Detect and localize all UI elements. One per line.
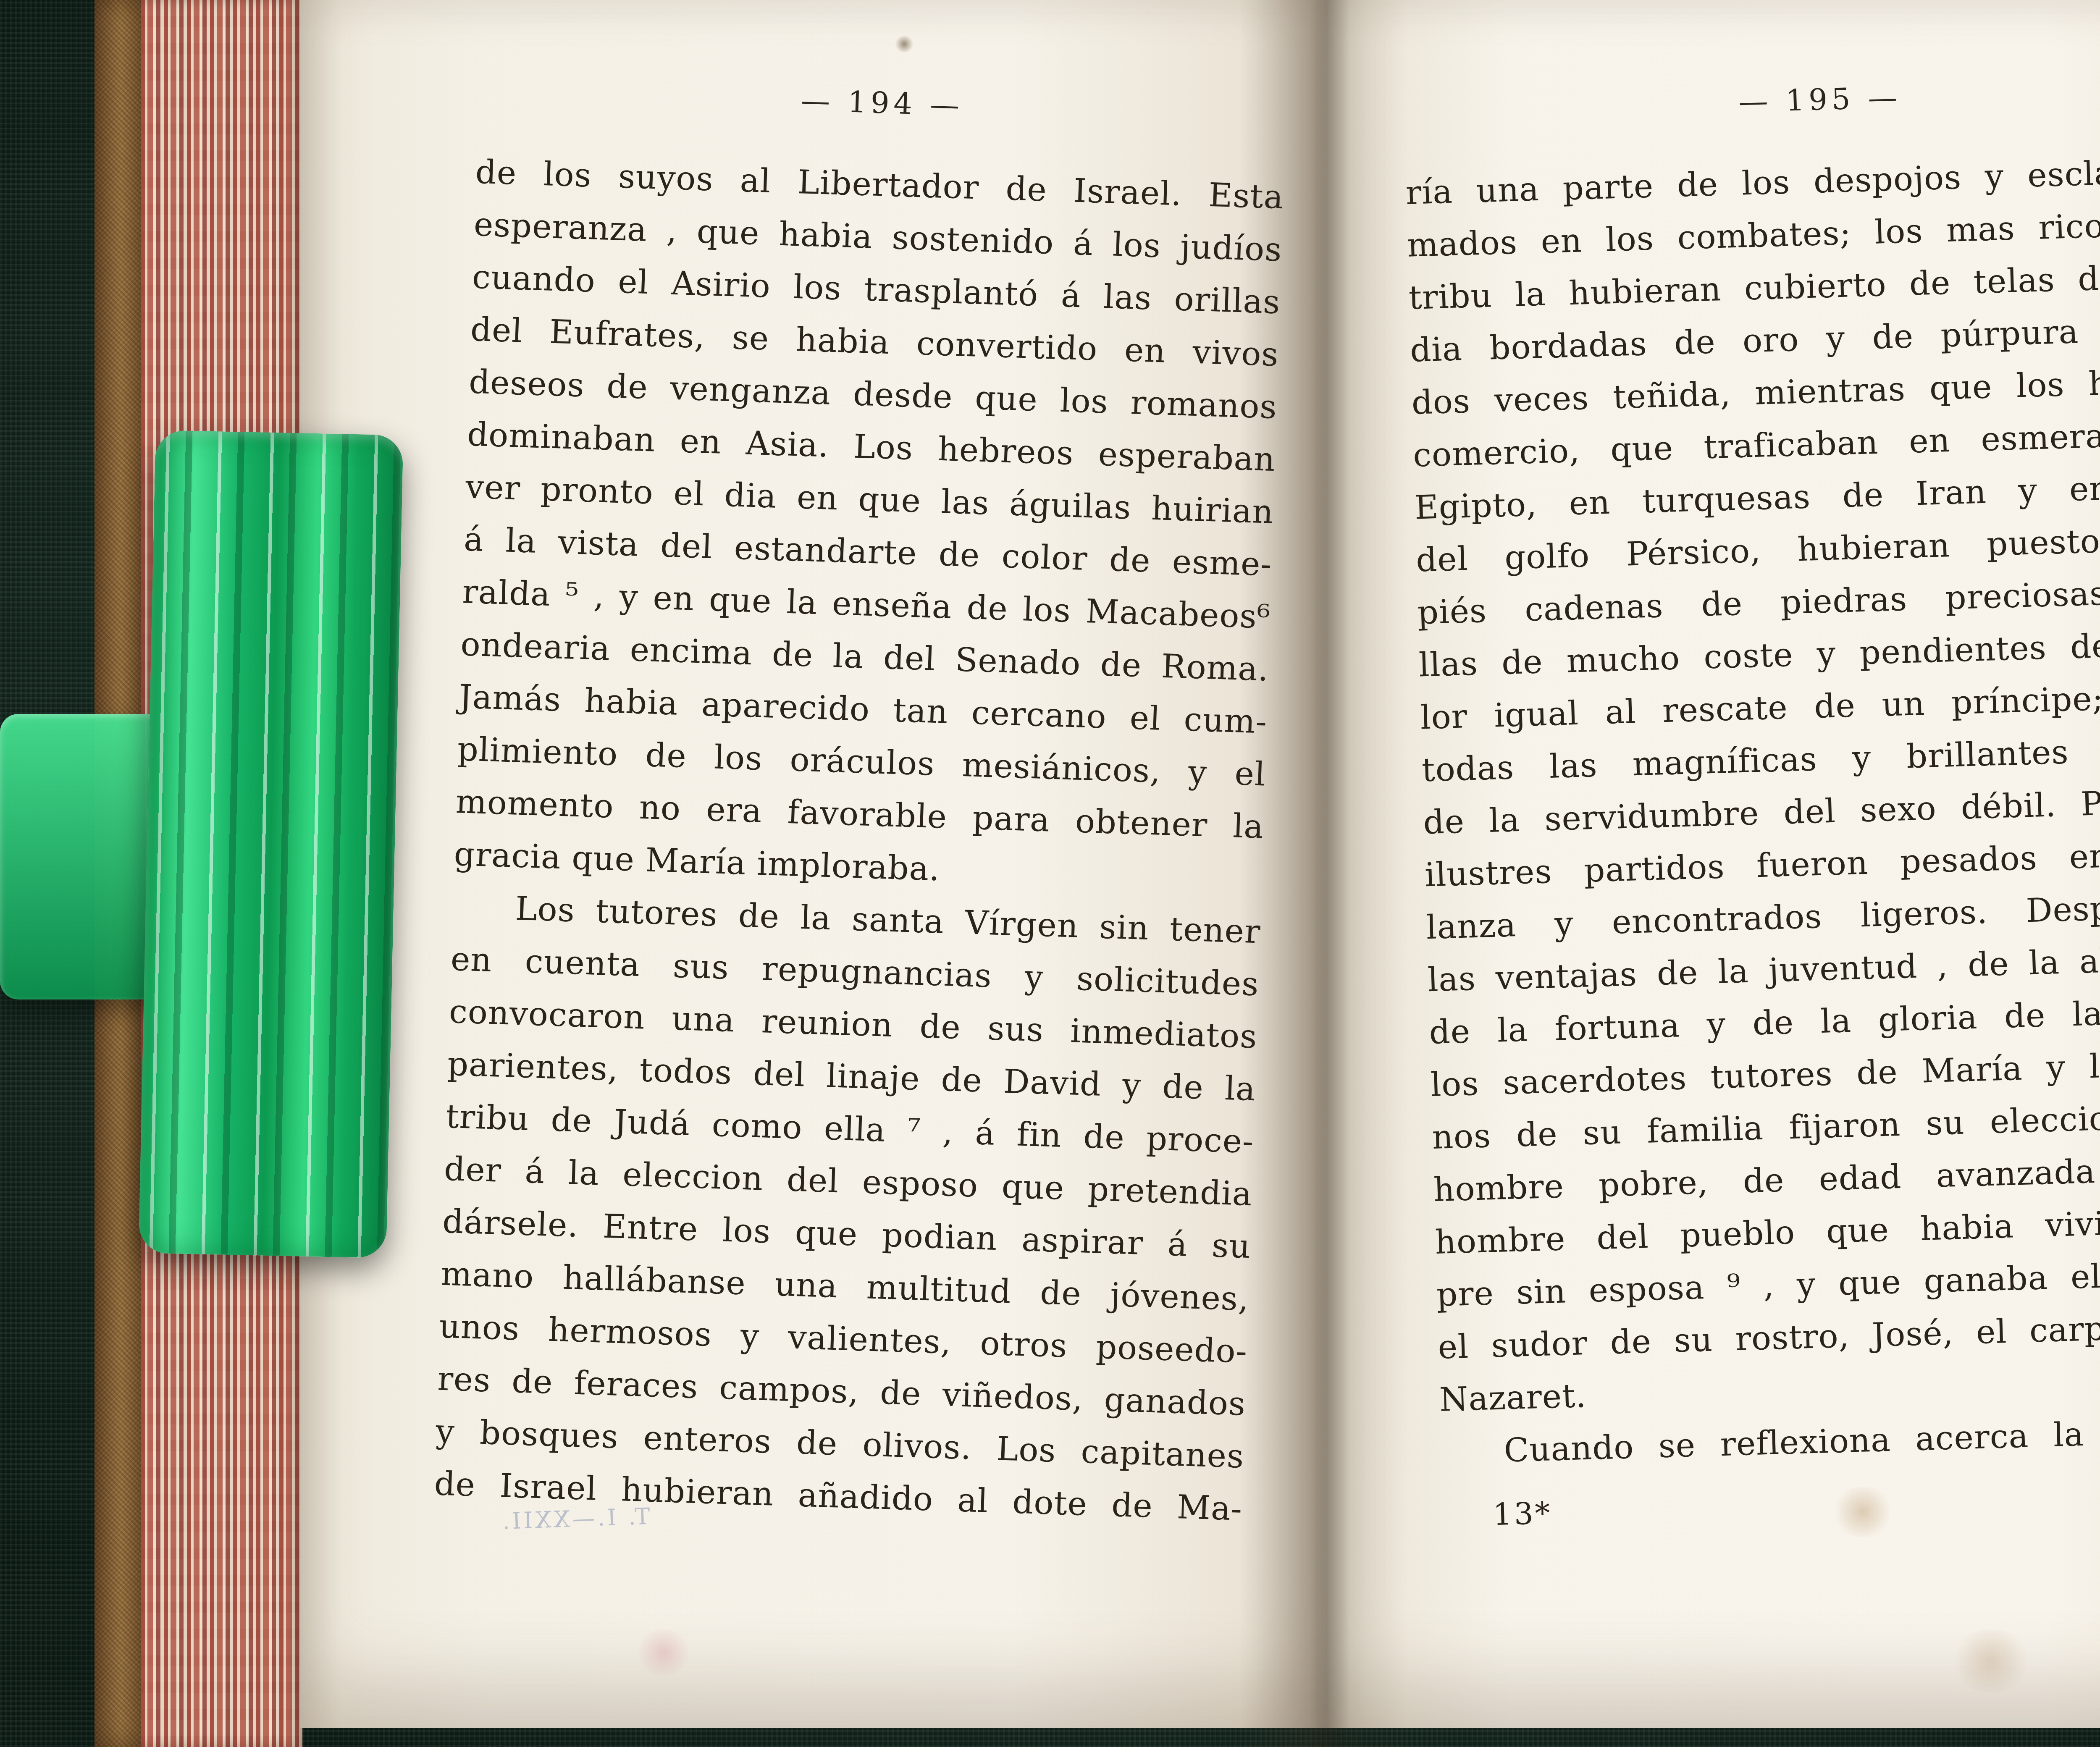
left-clip-handle (0, 714, 164, 999)
left-clip (139, 430, 404, 1258)
photo-of-open-book: — 194 — de los suyos al Libertador de Is… (0, 0, 2100, 1747)
left-page-text: — 194 — de los suyos al Libertador de Is… (433, 67, 1287, 1536)
right-page-text: — 195 — ría una parte de los despojos y … (1403, 65, 2100, 1541)
